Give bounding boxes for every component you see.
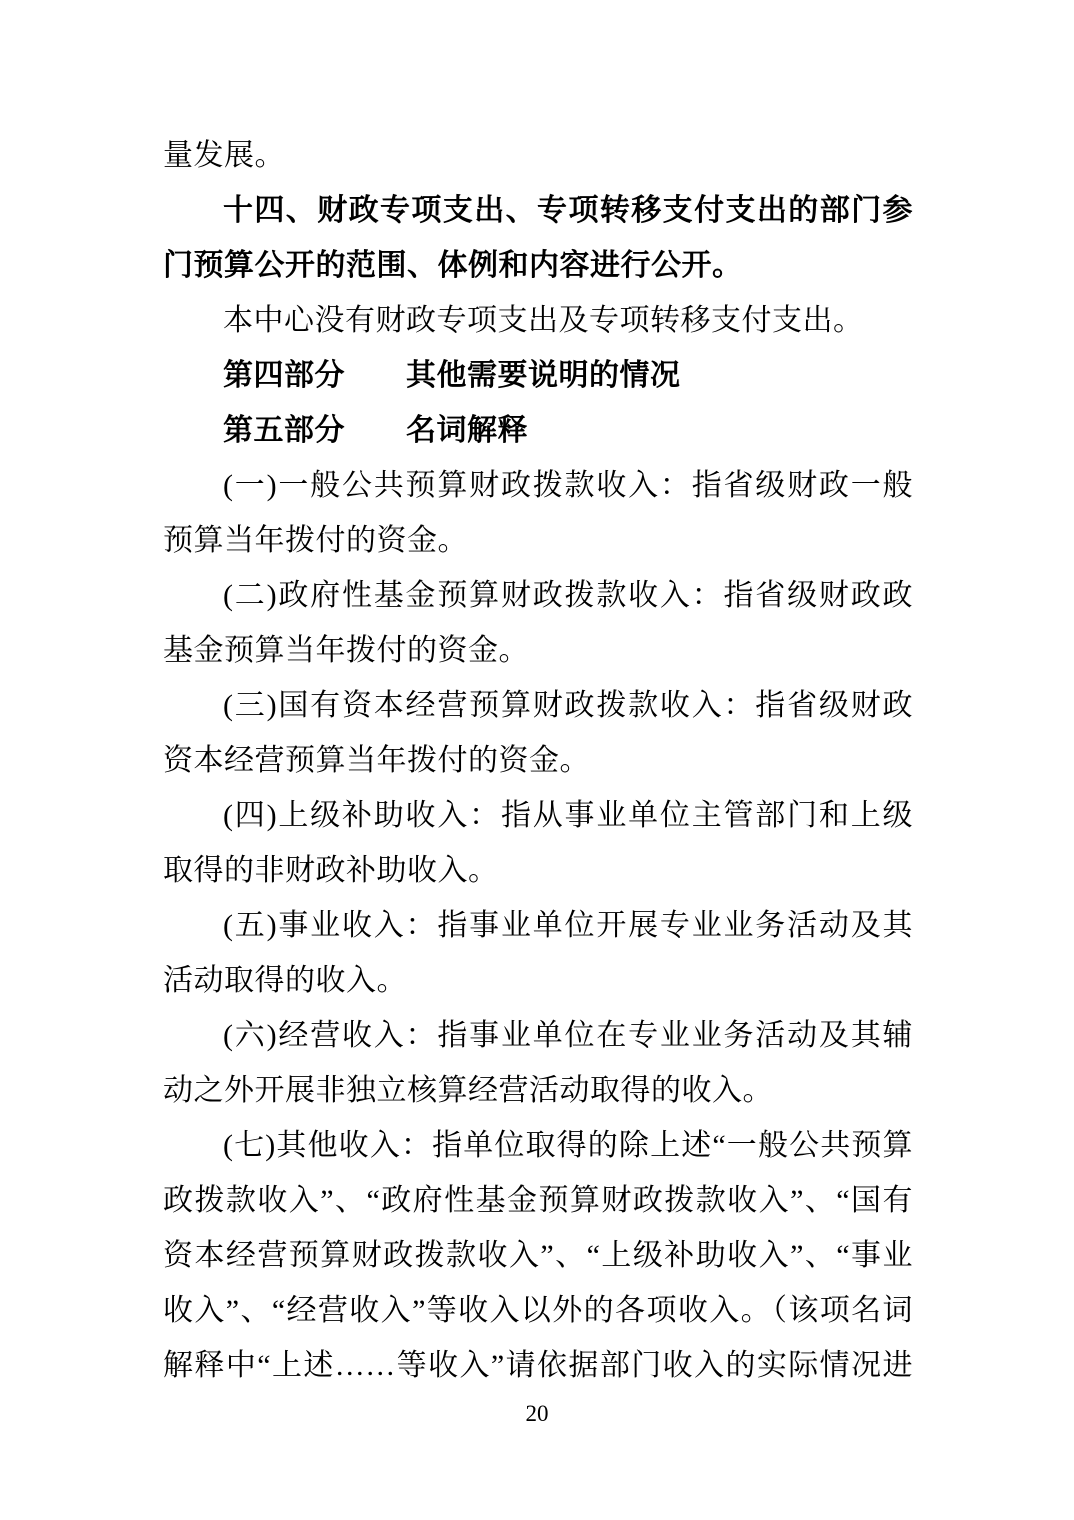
text-line: 预算当年拨付的资金。 [163,513,913,568]
text-line: 资本经营预算当年拨付的资金。 [163,733,913,788]
text-line: 动之外开展非独立核算经营活动取得的收入。 [163,1063,913,1118]
text-line: 资本经营预算财政拨款收入”、“上级补助收入”、“事业 [163,1228,913,1283]
section-heading: 门预算公开的范围、体例和内容进行公开。 [163,238,913,293]
text-line: 收入”、“经营收入”等收入以外的各项收入。（该项名词 [163,1283,913,1338]
part-four-heading: 第四部分 其他需要说明的情况 [163,348,913,403]
page-number: 20 [0,1398,1074,1430]
text-line: (一)一般公共预算财政拨款收入：指省级财政一般公共 [163,458,913,513]
text-line: (七)其他收入：指单位取得的除上述“一般公共预算财 [163,1118,913,1173]
text-line: 政拨款收入”、“政府性基金预算财政拨款收入”、“国有 [163,1173,913,1228]
text-line: (五)事业收入：指事业单位开展专业业务活动及其辅助 [163,898,913,953]
text-line: (四)上级补助收入：指从事业单位主管部门和上级单位 [163,788,913,843]
part-five-heading: 第五部分 名词解释 [163,403,913,458]
text-line: (三)国有资本经营预算财政拨款收入：指省级财政国有 [163,678,913,733]
text-line: 量发展。 [163,128,913,183]
page-body: 量发展。 十四、财政专项支出、专项转移支付支出的部门参照部 门预算公开的范围、体… [163,128,913,1393]
text-line: 本中心没有财政专项支出及专项转移支付支出。 [163,293,913,348]
text-line: 取得的非财政补助收入。 [163,843,913,898]
text-line: 活动取得的收入。 [163,953,913,1008]
text-line: 基金预算当年拨付的资金。 [163,623,913,678]
document-page: 量发展。 十四、财政专项支出、专项转移支付支出的部门参照部 门预算公开的范围、体… [0,0,1074,1520]
text-line: 解释中“上述……等收入”请依据部门收入的实际情况进行 [163,1338,913,1393]
section-heading: 十四、财政专项支出、专项转移支付支出的部门参照部 [163,183,913,238]
text-line: (二)政府性基金预算财政拨款收入：指省级财政政府性 [163,568,913,623]
text-line: (六)经营收入：指事业单位在专业业务活动及其辅助活 [163,1008,913,1063]
